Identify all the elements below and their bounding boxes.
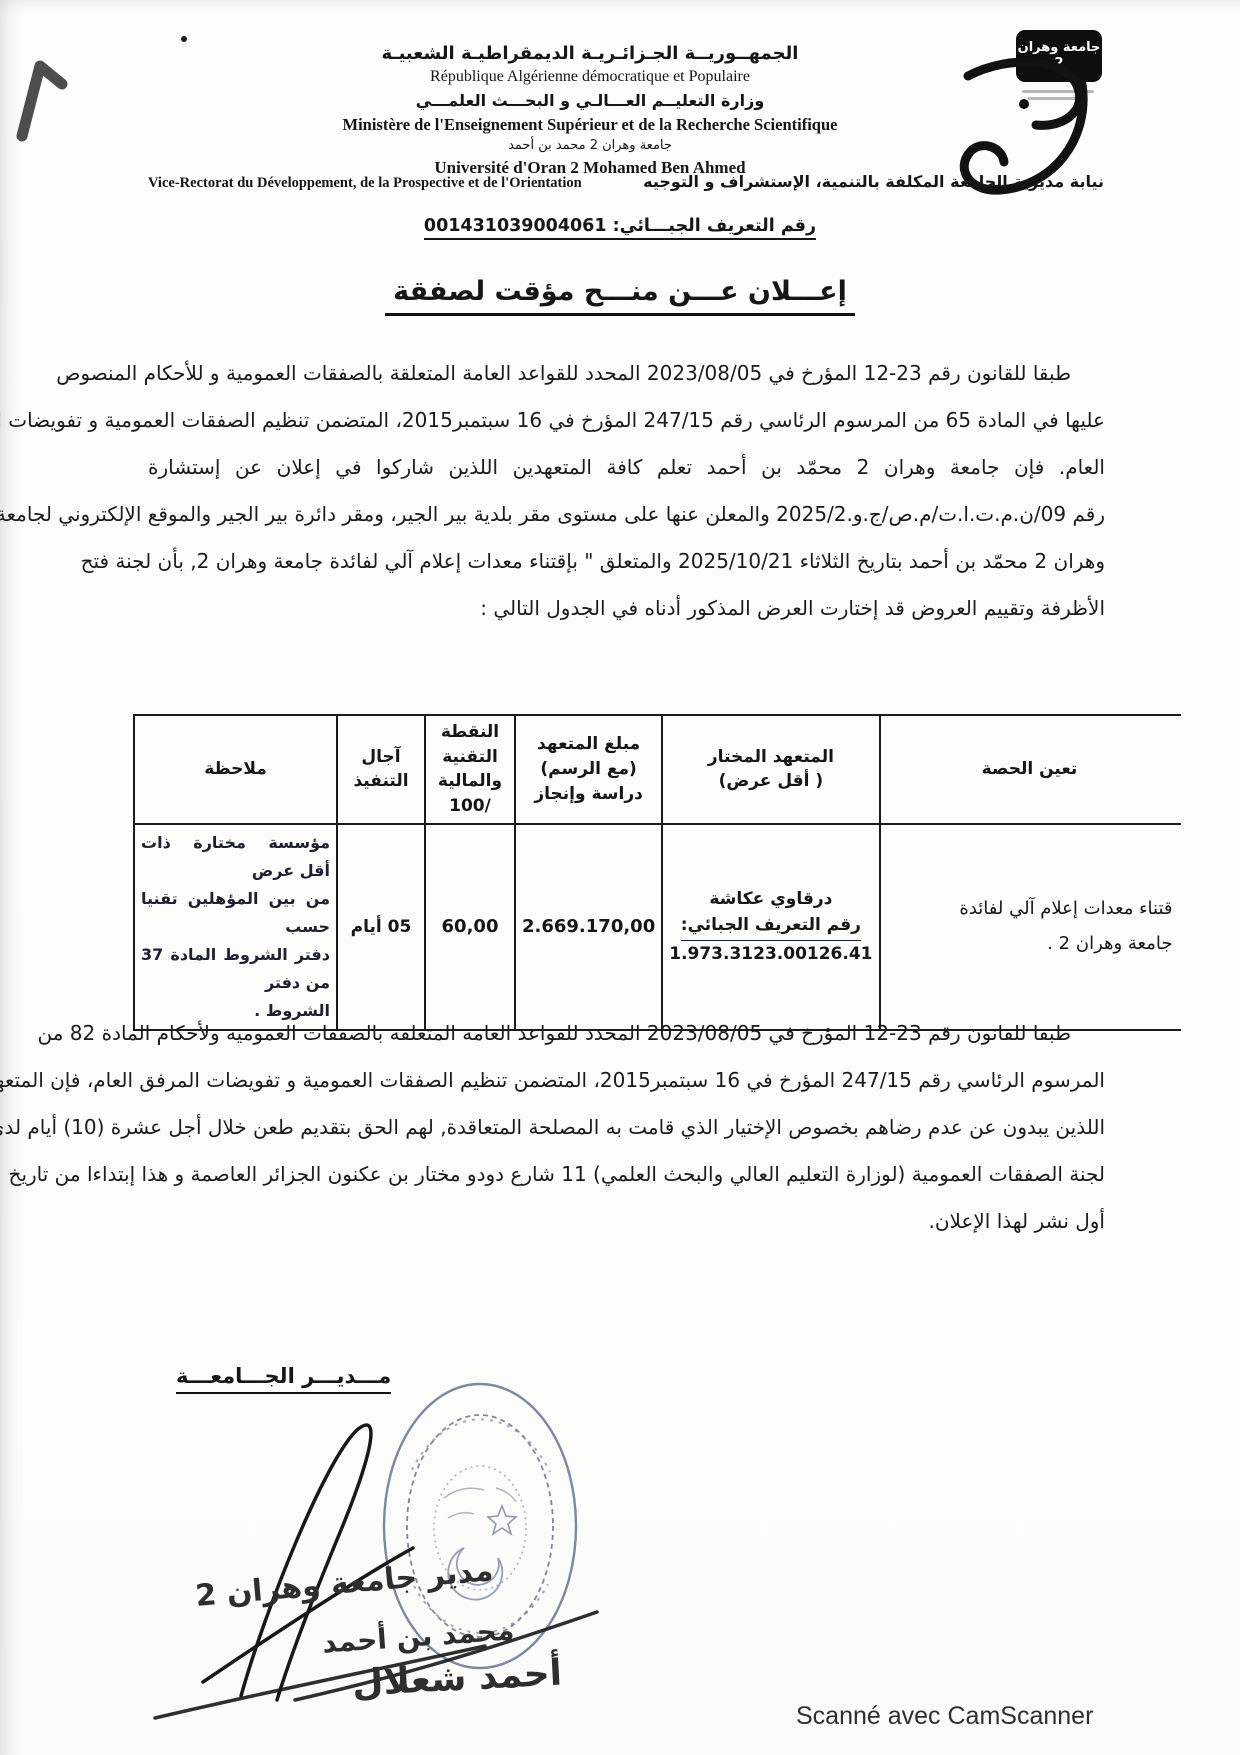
table-header-row: تعين الحصة المتعهد المختار ( أقل عرض) مب… bbox=[134, 715, 1180, 824]
university-name-ar: جامعة وهران 2 محمد بن أحمد bbox=[240, 138, 940, 155]
scanned-award-announcement-page: جامعة وهران 2 الجمهــوريــة الجـزائـريـة… bbox=[0, 0, 1240, 1755]
republic-name-fr: République Algérienne démocratique et Po… bbox=[240, 67, 940, 88]
col-header-delay: آجال التنفيذ bbox=[337, 715, 425, 824]
vendor-nif-value: 1.973.3123.00126.41 bbox=[669, 941, 872, 967]
vice-rectorat-fr: Vice-Rectorat du Développement, de la Pr… bbox=[148, 175, 582, 192]
camscanner-watermark: Scanné avec CamScanner bbox=[796, 1702, 1093, 1731]
ink-speck bbox=[181, 36, 187, 42]
col-header-note: ملاحظة bbox=[134, 715, 337, 824]
appeal-paragraph: طبقا للقانون رقم 23-12 المؤرخ في 2023/08… bbox=[148, 1010, 1105, 1245]
cell-delay: 05 أيام bbox=[337, 824, 425, 1030]
award-table: تعين الحصة المتعهد المختار ( أقل عرض) مب… bbox=[133, 714, 1181, 1031]
vice-rectorat-ar: نيابة مديرية الجامعة المكلفة بالتنمية، ا… bbox=[643, 172, 1104, 191]
intro-paragraph: طبقا للقانون رقم 23-12 المؤرخ في 2023/08… bbox=[148, 350, 1105, 632]
cell-vendor: درقاوي عكاشة رقم التعريف الجبائي: 1.973.… bbox=[662, 824, 879, 1030]
col-header-vendor: المتعهد المختار ( أقل عرض) bbox=[662, 715, 879, 824]
paragraph-line: رقم 09/ن.م.ت.ا.ت/م.ص/ج.و.2025/2 والمعلن … bbox=[148, 491, 1105, 538]
paragraph-line: المرسوم الرئاسي رقم 247/15 المؤرخ في 16 … bbox=[148, 1057, 1105, 1104]
paragraph-line: لجنة الصفقات العمومية (لوزارة التعليم ال… bbox=[148, 1151, 1105, 1198]
vice-rectorat-row: Vice-Rectorat du Développement, de la Pr… bbox=[148, 172, 1104, 192]
ministry-name-fr: Ministère de l'Enseignement Supérieur et… bbox=[240, 114, 940, 135]
col-header-amount: مبلغ المتعهد (مع الرسم) دراسة وإنجاز bbox=[515, 715, 662, 824]
table-row: قتناء معدات إعلام آلي لفائدة جامعة وهران… bbox=[134, 824, 1180, 1030]
republic-name-ar: الجمهــوريــة الجـزائـريـة الديمقراطيـة … bbox=[240, 42, 940, 65]
cell-lot: قتناء معدات إعلام آلي لفائدة جامعة وهران… bbox=[880, 824, 1180, 1030]
paragraph-line: اللذين يبدون عن عدم رضاهم بخصوص الإختيار… bbox=[148, 1104, 1105, 1151]
paragraph-line: وهران 2 محمّد بن أحمد بتاريخ الثلاثاء 20… bbox=[148, 538, 1105, 585]
col-header-lot: تعين الحصة bbox=[880, 715, 1180, 824]
vendor-name: درقاوي عكاشة bbox=[669, 886, 872, 912]
document-title: إعـــلان عـــن منـــح مؤقت لصفقة bbox=[0, 276, 1240, 307]
director-role-label: مـــديـــر الجـــامعـــة bbox=[176, 1364, 391, 1394]
cell-amount: 2.669.170,00 bbox=[515, 824, 662, 1030]
col-header-score: النقطة التقنية والمالية /100 bbox=[425, 715, 515, 824]
paragraph-line: طبقا للقانون رقم 23-12 المؤرخ في 2023/08… bbox=[148, 350, 1105, 397]
cell-score: 60,00 bbox=[425, 824, 515, 1030]
tax-id-line: رقم التعريف الجبـــائي: 001431039004061 bbox=[0, 216, 1240, 236]
vendor-nif-label: رقم التعريف الجبائي: bbox=[681, 912, 861, 940]
paragraph-line: أول نشر لهذا الإعلان. bbox=[148, 1198, 1105, 1245]
cell-note: مؤسسة مختارة ذات أقل عرض من بين المؤهلين… bbox=[134, 824, 337, 1030]
paragraph-line: الأظرفة وتقييم العروض قد إختارت العرض ال… bbox=[148, 585, 1105, 632]
scan-corner-artifact bbox=[12, 48, 82, 143]
letterhead: الجمهــوريــة الجـزائـريـة الديمقراطيـة … bbox=[240, 42, 940, 179]
paragraph-line: عليها في المادة 65 من المرسوم الرئاسي رق… bbox=[148, 397, 1105, 444]
ministry-name-ar: وزارة التعليــم العـــالـي و البحـــث ال… bbox=[240, 91, 940, 112]
paragraph-line: العام. فإن جامعة وهران 2 محمّد بن أحمد ت… bbox=[148, 444, 1105, 491]
paragraph-line: طبقا للقانون رقم 23-12 المؤرخ في 2023/08… bbox=[148, 1010, 1105, 1057]
